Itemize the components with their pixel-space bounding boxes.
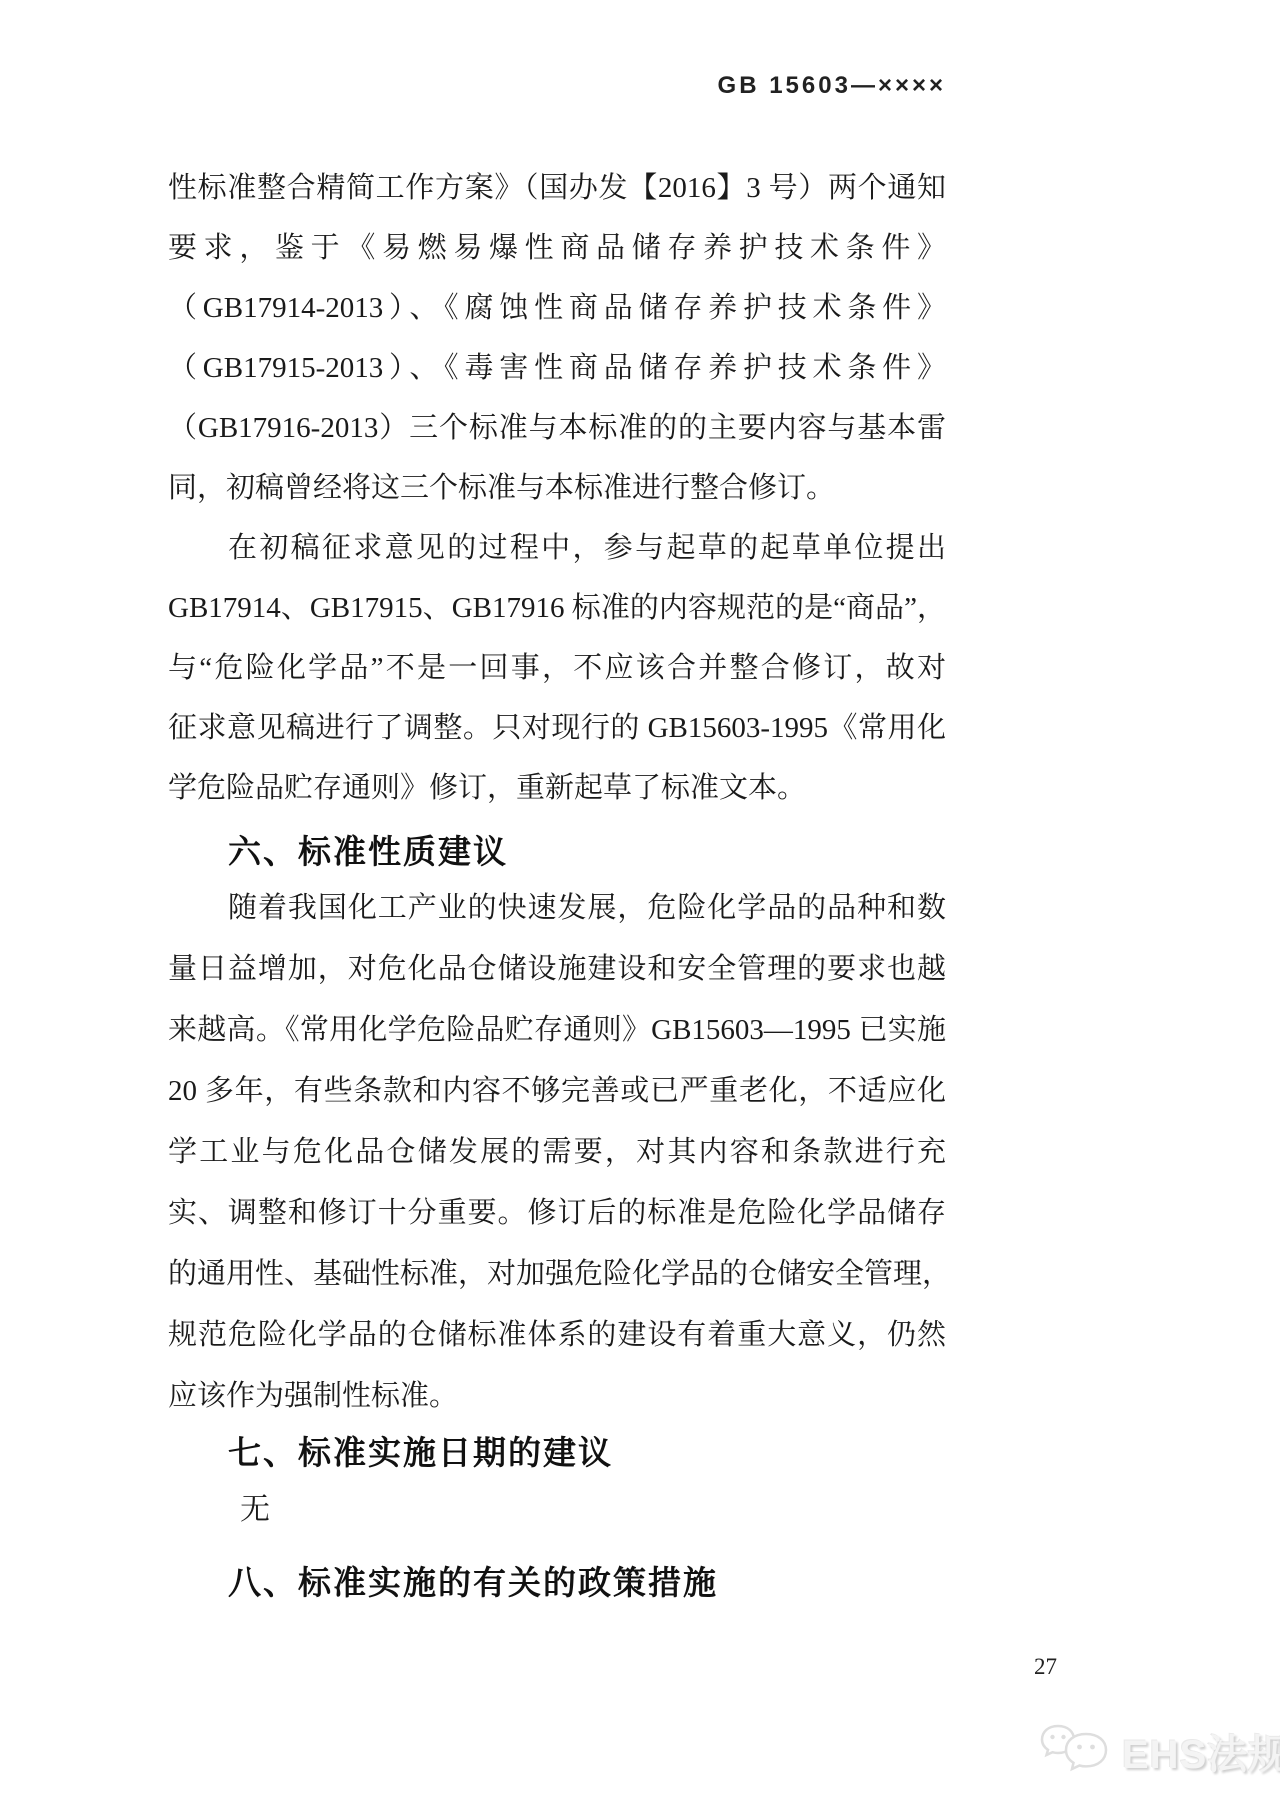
standard-code-header: GB 15603—×××× — [168, 72, 946, 100]
text-line: 与“危险化学品”不是一回事，不应该合并整合修订，故对 — [168, 638, 946, 698]
text-line: 来越高。《常用化学危险品贮存通则》GB15603—1995 已实施 — [168, 1000, 946, 1061]
text-line: 征求意见稿进行了调整。只对现行的 GB15603-1995《常用化 — [168, 698, 946, 758]
text-line: （GB17916-2013）三个标准与本标准的的主要内容与基本雷 — [168, 398, 946, 458]
text-line: 随着我国化工产业的快速发展，危险化学品的品种和数 — [168, 878, 946, 939]
text-line: 要求，鉴于《易燃易爆性商品储存养护技术条件》 — [168, 218, 946, 278]
section-heading-8: 八、标准实施的有关的政策措施 — [168, 1560, 946, 1606]
none-text: 无 — [168, 1480, 946, 1540]
body-text-block-2: 随着我国化工产业的快速发展，危险化学品的品种和数 量日益增加，对危化品仓储设施建… — [168, 878, 946, 1427]
watermark: EHS法规 — [1040, 1722, 1280, 1780]
section-heading-6: 六、标准性质建议 — [168, 829, 946, 875]
text-line: 学工业与危化品仓储发展的需要，对其内容和条款进行充 — [168, 1122, 946, 1183]
section-heading-7: 七、标准实施日期的建议 — [168, 1430, 946, 1476]
text-line: GB17914、GB17915、GB17916 标准的内容规范的是“商品”， — [168, 578, 946, 638]
text-line: 学危险品贮存通则》修订，重新起草了标准文本。 — [168, 758, 946, 818]
text-line: 20 多年，有些条款和内容不够完善或已严重老化，不适应化 — [168, 1061, 946, 1122]
text-line: 实、调整和修订十分重要。修订后的标准是危险化学品储存 — [168, 1183, 946, 1244]
text-line: 规范危险化学品的仓储标准体系的建设有着重大意义，仍然 — [168, 1305, 946, 1366]
text-line: 同，初稿曾经将这三个标准与本标准进行整合修订。 — [168, 458, 946, 518]
text-line: 量日益增加，对危化品仓储设施建设和安全管理的要求也越 — [168, 939, 946, 1000]
text-line: （GB17915-2013）、《毒害性商品储存养护技术条件》 — [168, 338, 946, 398]
text-line: （GB17914-2013）、《腐蚀性商品储存养护技术条件》 — [168, 278, 946, 338]
page-number: 27 — [1034, 1654, 1057, 1680]
watermark-label: EHS法规 — [1122, 1723, 1280, 1780]
text-line: 在初稿征求意见的过程中，参与起草的起草单位提出 — [168, 518, 946, 578]
body-text-block-1: 性标准整合精简工作方案》（国办发【2016】3 号）两个通知 要求，鉴于《易燃易… — [168, 158, 946, 818]
text-line: 的通用性、基础性标准，对加强危险化学品的仓储安全管理， — [168, 1244, 946, 1305]
document-page: GB 15603—×××× 性标准整合精简工作方案》（国办发【2016】3 号）… — [0, 0, 1280, 1810]
text-line: 性标准整合精简工作方案》（国办发【2016】3 号）两个通知 — [168, 158, 946, 218]
wechat-icon — [1040, 1722, 1114, 1780]
text-line: 应该作为强制性标准。 — [168, 1366, 946, 1427]
